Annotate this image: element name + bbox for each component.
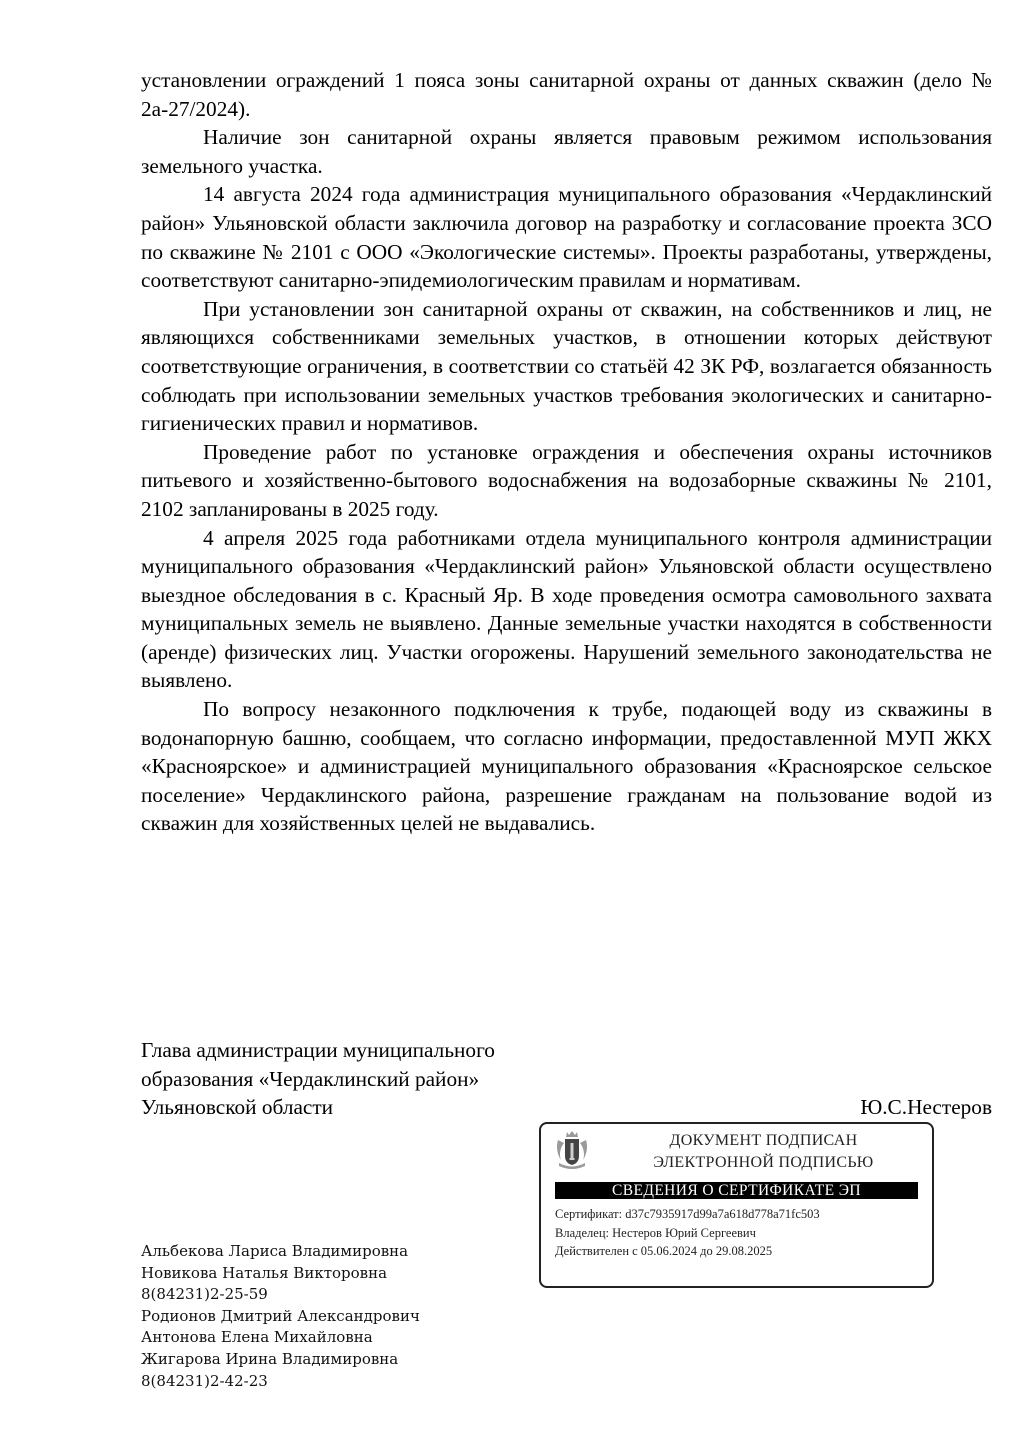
paragraph-pipe-connection: По вопросу незаконного подключения к тру… (141, 695, 992, 838)
signatory-name: Ю.С.Нестеров (860, 1093, 992, 1122)
paragraph-obligations: При установлении зон санитарной охраны о… (141, 295, 992, 438)
contact-phone: 8(84231)2-25-59 (141, 1284, 420, 1306)
signatory-position-line: образования «Чердаклинский район» (141, 1065, 992, 1094)
signatory-position-line: Глава администрации муниципального (141, 1036, 992, 1065)
executors-contacts: Альбекова Лариса Владимировна Новикова Н… (141, 1241, 420, 1392)
contact-line: Жигарова Ирина Владимировна (141, 1349, 420, 1371)
letter-body: установлении ограждений 1 пояса зоны сан… (141, 66, 992, 838)
certificate-serial: Сертификат: d37c7935917d99a7a618d778a71f… (555, 1205, 820, 1224)
paragraph-planned-works: Проведение работ по установке ограждения… (141, 438, 992, 524)
signature-block: Глава администрации муниципального образ… (141, 1036, 992, 1122)
paragraph-inspection: 4 апреля 2025 года работниками отдела му… (141, 524, 992, 696)
contact-line: Альбекова Лариса Владимировна (141, 1241, 420, 1263)
contact-line: Антонова Елена Михайловна (141, 1327, 420, 1349)
stamp-title-line: ДОКУМЕНТ ПОДПИСАН (601, 1130, 926, 1152)
paragraph-continuation: установлении ограждений 1 пояса зоны сан… (141, 66, 992, 123)
contact-line: Родионов Дмитрий Александрович (141, 1306, 420, 1328)
contact-line: Новикова Наталья Викторовна (141, 1263, 420, 1285)
coat-of-arms-icon (555, 1130, 589, 1172)
stamp-title: ДОКУМЕНТ ПОДПИСАН ЭЛЕКТРОННОЙ ПОДПИСЬЮ (601, 1130, 926, 1174)
contact-phone: 8(84231)2-42-23 (141, 1371, 420, 1393)
electronic-signature-stamp: ДОКУМЕНТ ПОДПИСАН ЭЛЕКТРОННОЙ ПОДПИСЬЮ С… (539, 1122, 934, 1288)
certificate-info-bar: СВЕДЕНИЯ О СЕРТИФИКАТЕ ЭП (555, 1182, 918, 1199)
paragraph-contract: 14 августа 2024 года администрация муниц… (141, 180, 992, 294)
certificate-owner: Владелец: Нестеров Юрий Сергеевич (555, 1224, 820, 1243)
certificate-validity: Действителен с 05.06.2024 до 29.08.2025 (555, 1242, 820, 1261)
paragraph-sanitary-zones: Наличие зон санитарной охраны является п… (141, 123, 992, 180)
certificate-details: Сертификат: d37c7935917d99a7a618d778a71f… (555, 1205, 820, 1261)
stamp-title-line: ЭЛЕКТРОННОЙ ПОДПИСЬЮ (601, 1152, 926, 1174)
